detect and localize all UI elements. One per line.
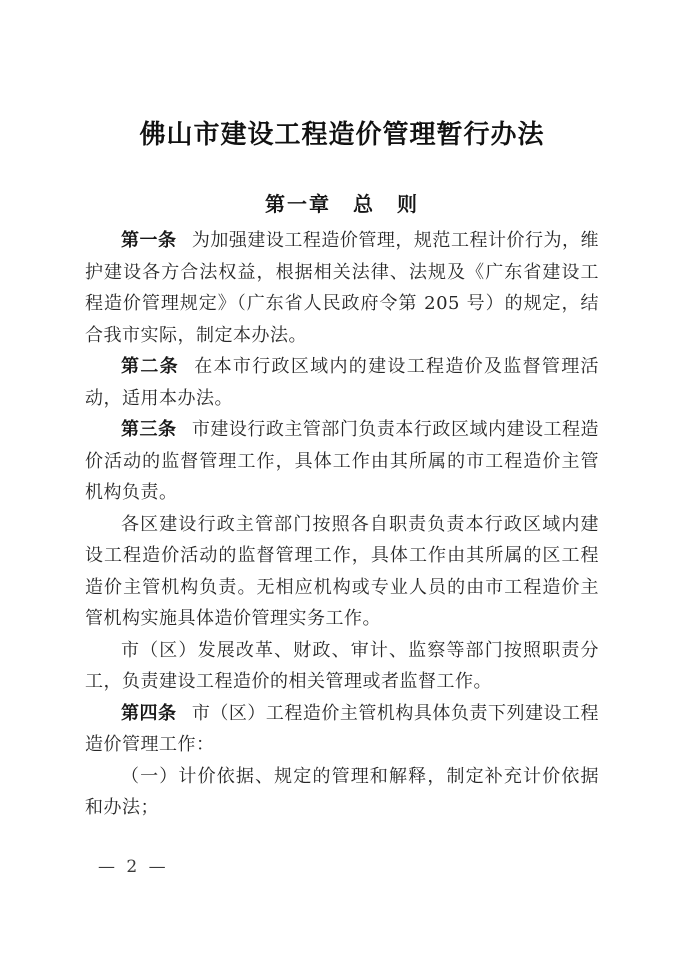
article-paragraph-6: 第四条市（区）工程造价主管机构具体负责下列建设工程造价管理工作： [85, 698, 599, 761]
article-number-1: 第一条 [121, 230, 177, 251]
chapter-heading: 第一章 总 则 [85, 190, 599, 218]
article-number-2: 第二条 [121, 356, 179, 377]
page-number: — 2 — [98, 854, 169, 880]
document-body: 第一条为加强建设工程造价管理，规范工程计价行为，维护建设各方合法权益，根据相关法… [85, 225, 599, 824]
article-text-5: 市（区）发展改革、财政、审计、监察等部门按照职责分工，负责建设工程造价的相关管理… [85, 640, 599, 693]
document-content: 佛山市建设工程造价管理暂行办法 第一章 总 则 第一条为加强建设工程造价管理，规… [85, 118, 599, 824]
document-title: 佛山市建设工程造价管理暂行办法 [85, 118, 599, 152]
article-number-3: 第三条 [121, 419, 177, 440]
article-paragraph-4: 各区建设行政主管部门按照各自职责负责本行政区域内建设工程造价活动的监督管理工作，… [85, 509, 599, 635]
document-page: 佛山市建设工程造价管理暂行办法 第一章 总 则 第一条为加强建设工程造价管理，规… [0, 0, 680, 962]
article-number-6: 第四条 [121, 703, 177, 724]
article-text-4: 各区建设行政主管部门按照各自职责负责本行政区域内建设工程造价活动的监督管理工作，… [85, 514, 599, 630]
article-text-7: （一）计价依据、规定的管理和解释，制定补充计价依据和办法； [85, 766, 599, 819]
article-paragraph-1: 第一条为加强建设工程造价管理，规范工程计价行为，维护建设各方合法权益，根据相关法… [85, 225, 599, 351]
article-paragraph-2: 第二条在本市行政区域内的建设工程造价及监督管理活动，适用本办法。 [85, 351, 599, 414]
article-paragraph-3: 第三条市建设行政主管部门负责本行政区域内建设工程造价活动的监督管理工作，具体工作… [85, 414, 599, 509]
article-paragraph-5: 市（区）发展改革、财政、审计、监察等部门按照职责分工，负责建设工程造价的相关管理… [85, 635, 599, 698]
article-paragraph-7: （一）计价依据、规定的管理和解释，制定补充计价依据和办法； [85, 761, 599, 824]
